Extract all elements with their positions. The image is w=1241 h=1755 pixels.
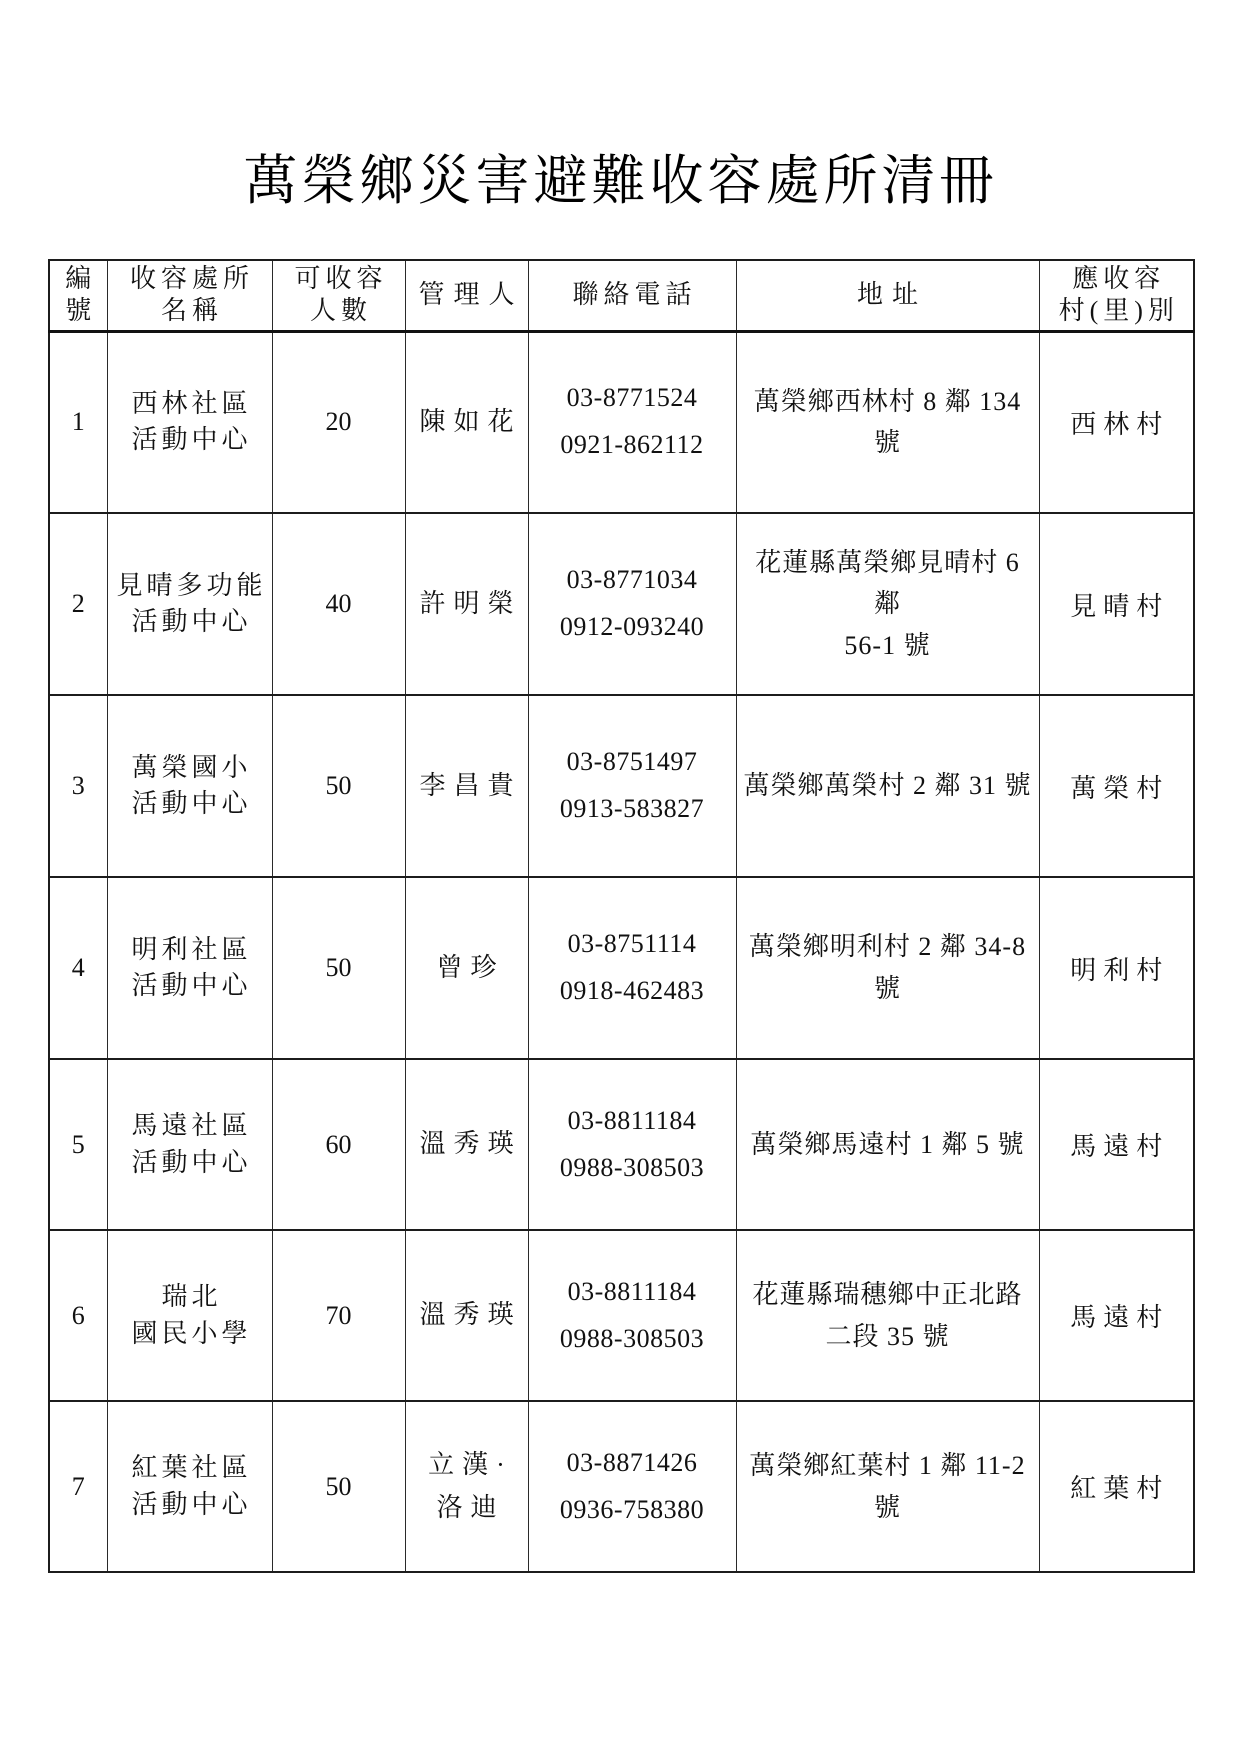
cell-address: 萬榮鄉明利村 2 鄰 34-8 號 bbox=[736, 877, 1039, 1059]
cell-shelter-name: 萬榮國小活動中心 bbox=[107, 695, 272, 877]
cell-contact-phones: 03-87511140918-462483 bbox=[528, 877, 736, 1059]
cell-contact-phones: 03-87710340912-093240 bbox=[528, 513, 736, 695]
cell-manager: 陳如花 bbox=[405, 331, 528, 513]
table-row: 5 馬遠社區活動中心 60 溫秀瑛 03-88111840988-308503 … bbox=[49, 1059, 1194, 1230]
cell-contact-phones: 03-87715240921-862112 bbox=[528, 331, 736, 513]
shelter-table-body: 1 西林社區活動中心 20 陳如花 03-87715240921-862112 … bbox=[49, 331, 1194, 1572]
cell-shelter-name: 瑞北國民小學 bbox=[107, 1230, 272, 1401]
cell-village: 西林村 bbox=[1039, 331, 1194, 513]
table-row: 3 萬榮國小活動中心 50 李昌貴 03-87514970913-583827 … bbox=[49, 695, 1194, 877]
shelter-table-header: 編號 收容處所名稱 可收容人數 管理人 聯絡電話 地址 應收容村(里)別 bbox=[49, 260, 1194, 331]
cell-manager: 溫秀瑛 bbox=[405, 1230, 528, 1401]
cell-contact-phones: 03-88111840988-308503 bbox=[528, 1059, 736, 1230]
cell-capacity: 20 bbox=[272, 331, 405, 513]
cell-address: 花蓮縣瑞穗鄉中正北路二段 35 號 bbox=[736, 1230, 1039, 1401]
cell-shelter-name: 明利社區活動中心 bbox=[107, 877, 272, 1059]
header-no: 編號 bbox=[49, 260, 107, 331]
table-row: 7 紅葉社區活動中心 50 立漢·洛迪 03-88714260936-75838… bbox=[49, 1401, 1194, 1572]
cell-shelter-name: 馬遠社區活動中心 bbox=[107, 1059, 272, 1230]
cell-row-number: 3 bbox=[49, 695, 107, 877]
cell-manager: 許明榮 bbox=[405, 513, 528, 695]
cell-row-number: 2 bbox=[49, 513, 107, 695]
cell-row-number: 5 bbox=[49, 1059, 107, 1230]
cell-manager: 李昌貴 bbox=[405, 695, 528, 877]
cell-capacity: 50 bbox=[272, 877, 405, 1059]
cell-village: 馬遠村 bbox=[1039, 1059, 1194, 1230]
cell-village: 見晴村 bbox=[1039, 513, 1194, 695]
page-title: 萬榮鄉災害避難收容處所清冊 bbox=[0, 138, 1241, 215]
cell-capacity: 40 bbox=[272, 513, 405, 695]
cell-capacity: 50 bbox=[272, 695, 405, 877]
cell-manager: 立漢·洛迪 bbox=[405, 1401, 528, 1572]
cell-address: 萬榮鄉紅葉村 1 鄰 11-2 號 bbox=[736, 1401, 1039, 1572]
header-village: 應收容村(里)別 bbox=[1039, 260, 1194, 331]
cell-address: 萬榮鄉馬遠村 1 鄰 5 號 bbox=[736, 1059, 1039, 1230]
cell-shelter-name: 紅葉社區活動中心 bbox=[107, 1401, 272, 1572]
header-name: 收容處所名稱 bbox=[107, 260, 272, 331]
cell-shelter-name: 見晴多功能活動中心 bbox=[107, 513, 272, 695]
cell-manager: 曾珍 bbox=[405, 877, 528, 1059]
cell-village: 馬遠村 bbox=[1039, 1230, 1194, 1401]
table-row: 6 瑞北國民小學 70 溫秀瑛 03-88111840988-308503 花蓮… bbox=[49, 1230, 1194, 1401]
cell-contact-phones: 03-88714260936-758380 bbox=[528, 1401, 736, 1572]
cell-capacity: 60 bbox=[272, 1059, 405, 1230]
cell-contact-phones: 03-87514970913-583827 bbox=[528, 695, 736, 877]
cell-manager: 溫秀瑛 bbox=[405, 1059, 528, 1230]
cell-row-number: 1 bbox=[49, 331, 107, 513]
table-row: 4 明利社區活動中心 50 曾珍 03-87511140918-462483 萬… bbox=[49, 877, 1194, 1059]
header-address: 地址 bbox=[736, 260, 1039, 331]
cell-address: 萬榮鄉西林村 8 鄰 134 號 bbox=[736, 331, 1039, 513]
table-row: 1 西林社區活動中心 20 陳如花 03-87715240921-862112 … bbox=[49, 331, 1194, 513]
cell-village: 明利村 bbox=[1039, 877, 1194, 1059]
cell-row-number: 7 bbox=[49, 1401, 107, 1572]
header-manager: 管理人 bbox=[405, 260, 528, 331]
document-page: 萬榮鄉災害避難收容處所清冊 編號 收容處所名稱 可收容人數 管理人 聯絡電話 地… bbox=[0, 0, 1241, 1755]
cell-capacity: 70 bbox=[272, 1230, 405, 1401]
cell-village: 紅葉村 bbox=[1039, 1401, 1194, 1572]
table-row: 2 見晴多功能活動中心 40 許明榮 03-87710340912-093240… bbox=[49, 513, 1194, 695]
cell-row-number: 4 bbox=[49, 877, 107, 1059]
header-phone: 聯絡電話 bbox=[528, 260, 736, 331]
cell-shelter-name: 西林社區活動中心 bbox=[107, 331, 272, 513]
cell-address: 花蓮縣萬榮鄉見晴村 6 鄰56-1 號 bbox=[736, 513, 1039, 695]
cell-address: 萬榮鄉萬榮村 2 鄰 31 號 bbox=[736, 695, 1039, 877]
header-capacity: 可收容人數 bbox=[272, 260, 405, 331]
cell-contact-phones: 03-88111840988-308503 bbox=[528, 1230, 736, 1401]
cell-capacity: 50 bbox=[272, 1401, 405, 1572]
shelter-table: 編號 收容處所名稱 可收容人數 管理人 聯絡電話 地址 應收容村(里)別 1 西… bbox=[48, 259, 1195, 1573]
cell-village: 萬榮村 bbox=[1039, 695, 1194, 877]
cell-row-number: 6 bbox=[49, 1230, 107, 1401]
